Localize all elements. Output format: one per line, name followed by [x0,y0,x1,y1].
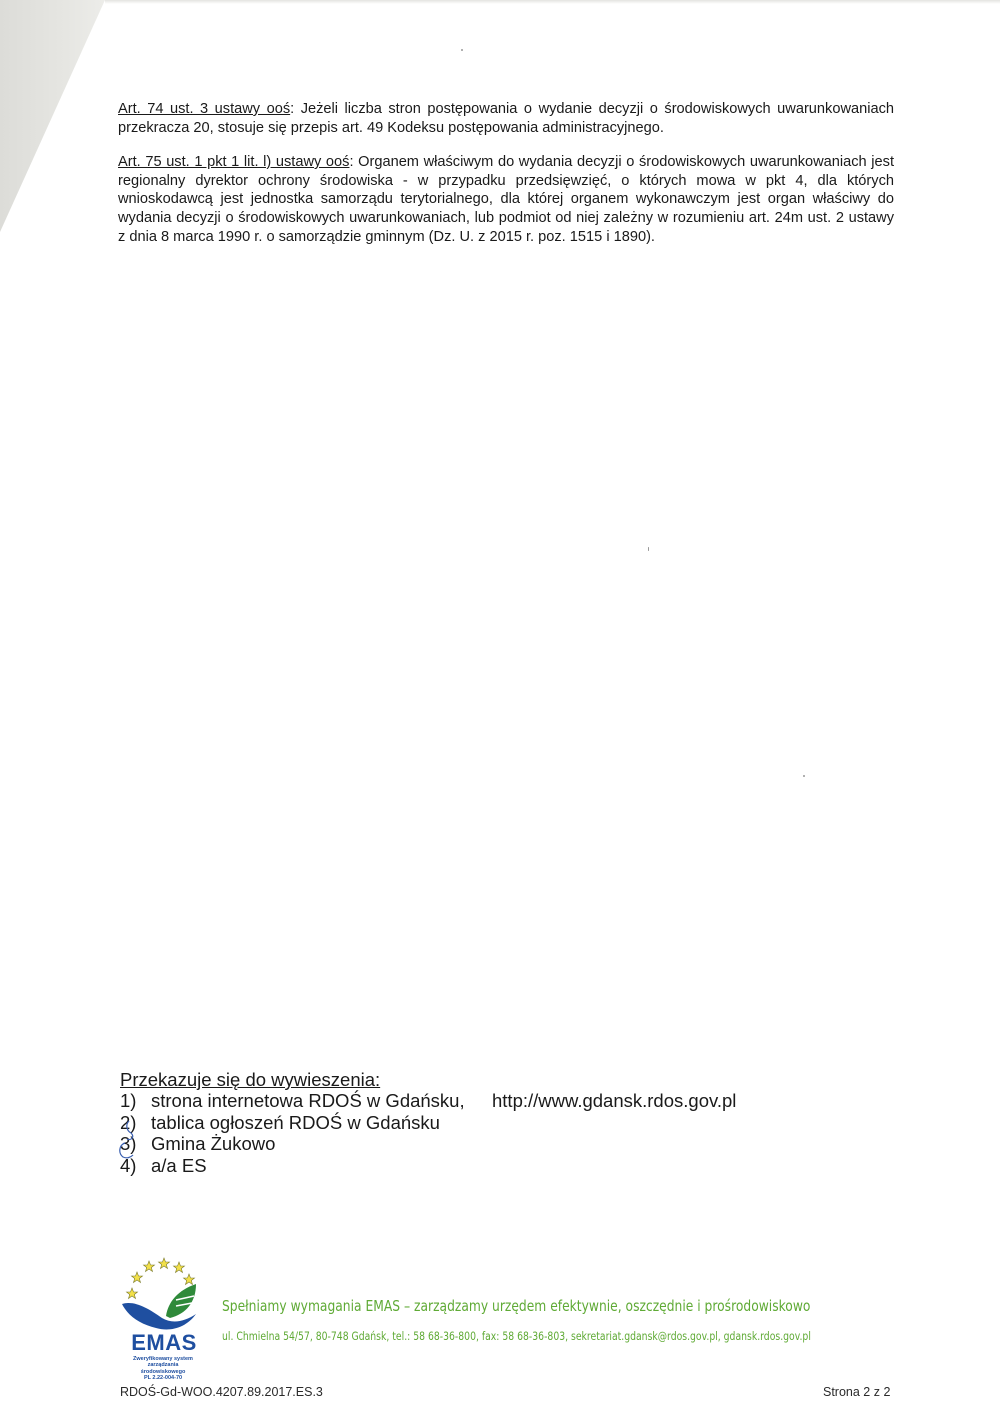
paragraph-art-75: Art. 75 ust. 1 pkt 1 lit. l) ustawy ooś:… [118,153,894,247]
paragraph-art-74: Art. 74 ust. 3 ustawy ooś: Jeżeli liczba… [118,100,894,137]
list-label: strona internetowa RDOŚ w Gdańsku, [151,1090,465,1111]
scan-edge [105,0,1000,4]
scan-shadow [0,0,110,240]
list-label: a/a ES [151,1155,207,1176]
legal-reference: Art. 75 ust. 1 pkt 1 lit. l) ustawy ooś [118,154,349,170]
list-number: 3) [120,1133,151,1154]
list-item: 2) tablica ogłoszeń RDOŚ w Gdańsku [120,1112,465,1133]
emas-wordmark: EMAS [124,1330,204,1356]
list-number: 2) [120,1112,151,1133]
list-item: 4) a/a ES [120,1155,465,1176]
emas-caption-line: PL 2.22-004-70 [118,1375,208,1381]
list-label: tablica ogłoszeń RDOŚ w Gdańsku [151,1112,440,1133]
scan-speck [648,547,649,551]
list-item: 3) Gmina Żukowo [120,1133,465,1154]
distribution-title: Przekazuje się do wywieszenia: [120,1069,465,1090]
list-label: Gmina Żukowo [151,1133,275,1154]
emas-emblem-icon [118,1256,204,1332]
list-number: 1) [120,1090,151,1111]
distribution-list: Przekazuje się do wywieszenia: 1) strona… [120,1069,465,1176]
scan-speck [461,49,463,51]
emas-logo: EMAS Zweryfikowany system zarządzania śr… [118,1256,204,1386]
legal-reference: Art. 74 ust. 3 ustawy ooś [118,101,290,117]
footer-slogan: Spełniamy wymagania EMAS – zarządzamy ur… [222,1297,810,1315]
website-link[interactable]: http://www.gdansk.rdos.gov.pl [492,1090,736,1111]
emas-caption: Zweryfikowany system zarządzania środowi… [118,1356,208,1382]
list-number: 4) [120,1155,151,1176]
scan-speck [803,775,805,777]
list-item: 1) strona internetowa RDOŚ w Gdańsku, ht… [120,1090,465,1111]
document-reference: RDOŚ-Gd-WOO.4207.89.2017.ES.3 [120,1385,323,1399]
page-number: Strona 2 z 2 [823,1385,890,1399]
footer-address: ul. Chmielna 54/57, 80-748 Gdańsk, tel.:… [222,1329,811,1343]
